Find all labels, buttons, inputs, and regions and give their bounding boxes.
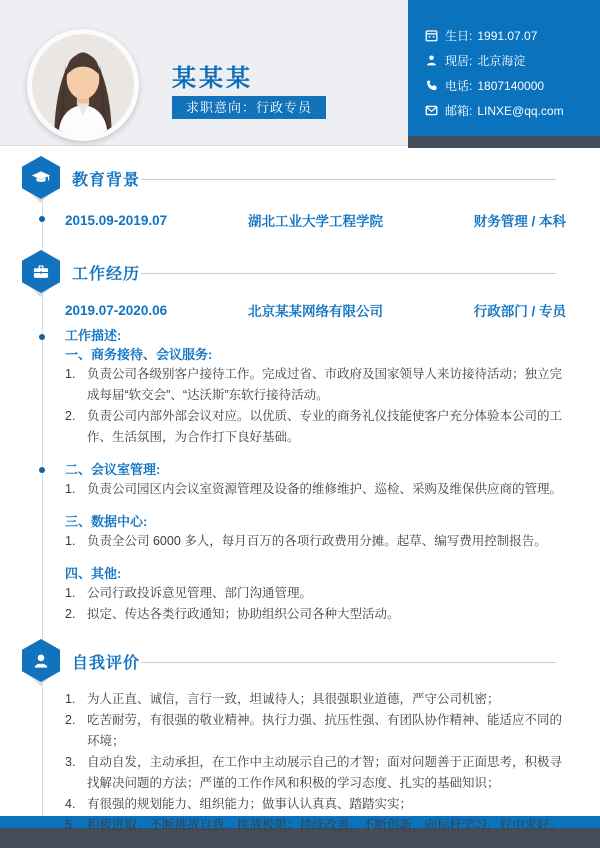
resume-page: 某某某 求职意向：行政专员 生日: 1991.07.07 现居: 北京海淀 电话…: [0, 0, 600, 848]
section-rule: [141, 273, 556, 274]
work-company: 北京某某网络有限公司: [248, 300, 383, 320]
work-item: 1. 公司行政投诉意见管理、部门沟通管理。: [65, 583, 566, 604]
work-desc-label: 工作描述:: [65, 326, 566, 345]
item-number: 2.: [65, 406, 87, 448]
education-hex-marker: [22, 156, 60, 204]
item-number: 1.: [65, 479, 87, 500]
work-period: 2019.07-2020.06: [65, 303, 248, 318]
self-eval-item: 1. 为人正直、诚信，言行一致，坦诚待人；具很强职业道德，严守公司机密；: [65, 689, 566, 710]
section-title: 教育背景: [72, 167, 140, 190]
work-item: 1. 负责全公司 6000 多人，每月百万的各项行政费用分摊。起草、编写费用控制…: [65, 531, 566, 552]
section-header-education: 教育背景: [65, 158, 566, 202]
item-number: 3.: [65, 752, 87, 794]
education-period: 2015.09-2019.07: [65, 213, 248, 228]
education-entry: 2015.09-2019.07 湖北工业大学工程学院 财务管理 / 本科: [65, 210, 566, 230]
item-number: 1.: [65, 583, 87, 604]
item-number: 1.: [65, 364, 87, 406]
item-number: 2.: [65, 710, 87, 752]
work-item: 2. 拟定、传达各类行政通知；协助组织公司各种大型活动。: [65, 604, 566, 625]
section-header-self-evaluation: 自我评价: [65, 641, 566, 685]
self-eval-hex-marker: [22, 639, 60, 687]
section-header-work: 工作经历: [65, 252, 566, 296]
resume-body: 教育背景 2015.09-2019.07 湖北工业大学工程学院 财务管理 / 本…: [0, 0, 600, 836]
timeline-dot: [39, 216, 45, 222]
timeline-dot: [39, 467, 45, 473]
item-text: 负责全公司 6000 多人，每月百万的各项行政费用分摊。起草、编写费用控制报告。: [87, 531, 566, 552]
item-text: 积极进取，不断挑战自我、挑战极限；持续改善，不断创新，向标杆学习，好中求好。: [87, 815, 566, 836]
graduation-cap-icon: [31, 168, 51, 188]
item-text: 负责公司园区内会议室资源管理及设备的维修维护、巡检、采购及维保供应商的管理。: [87, 479, 566, 500]
education-school: 湖北工业大学工程学院: [248, 210, 383, 230]
item-text: 吃苦耐劳，有很强的敬业精神。执行力强、抗压性强、有团队协作精神、能适应不同的环境…: [87, 710, 566, 752]
item-text: 负责公司内部外部会议对应。以优质、专业的商务礼仪技能使客户充分体验本公司的工作、…: [87, 406, 566, 448]
self-eval-item: 4. 有很强的规划能力、组织能力；做事认认真真、踏踏实实；: [65, 794, 566, 815]
work-group-heading: 一、商务接待、会议服务:: [65, 345, 566, 364]
item-text: 有很强的规划能力、组织能力；做事认认真真、踏踏实实；: [87, 794, 566, 815]
section-rule: [141, 662, 556, 663]
item-number: 4.: [65, 794, 87, 815]
item-text: 为人正直、诚信，言行一致，坦诚待人；具很强职业道德，严守公司机密；: [87, 689, 566, 710]
work-hex-marker: [22, 250, 60, 298]
item-number: 5.: [65, 815, 87, 836]
section-rule: [141, 179, 556, 180]
item-text: 负责公司各级别客户接待工作。完成过省、市政府及国家领导人来访接待活动；独立完成每…: [87, 364, 566, 406]
item-text: 拟定、传达各类行政通知；协助组织公司各种大型活动。: [87, 604, 566, 625]
hex-body: [22, 639, 60, 682]
work-item: 2. 负责公司内部外部会议对应。以优质、专业的商务礼仪技能使客户充分体验本公司的…: [65, 406, 566, 448]
hex-body: [22, 156, 60, 199]
timeline-dot: [39, 334, 45, 340]
section-title: 工作经历: [72, 261, 140, 284]
self-eval-item: 2. 吃苦耐劳，有很强的敬业精神。执行力强、抗压性强、有团队协作精神、能适应不同…: [65, 710, 566, 752]
briefcase-icon: [31, 262, 51, 282]
self-eval-item: 3. 自动自发，主动承担，在工作中主动展示自己的才智；面对问题善于正面思考，积极…: [65, 752, 566, 794]
person-icon: [31, 651, 51, 671]
work-item: 1. 负责公司各级别客户接待工作。完成过省、市政府及国家领导人来访接待活动；独立…: [65, 364, 566, 406]
work-group-heading: 二、会议室管理:: [65, 460, 566, 479]
work-group-heading: 三、数据中心:: [65, 512, 566, 531]
self-evaluation-list: 1. 为人正直、诚信，言行一致，坦诚待人；具很强职业道德，严守公司机密； 2. …: [65, 689, 566, 836]
work-entry: 2019.07-2020.06 北京某某网络有限公司 行政部门 / 专员: [65, 300, 566, 320]
item-text: 自动自发，主动承担，在工作中主动展示自己的才智；面对问题善于正面思考，积极寻找解…: [87, 752, 566, 794]
work-item: 1. 负责公司园区内会议室资源管理及设备的维修维护、巡检、采购及维保供应商的管理…: [65, 479, 566, 500]
work-group-heading: 四、其他:: [65, 564, 566, 583]
work-detail: 行政部门 / 专员: [383, 300, 566, 320]
item-number: 1.: [65, 689, 87, 710]
self-eval-item: 5. 积极进取，不断挑战自我、挑战极限；持续改善，不断创新，向标杆学习，好中求好…: [65, 815, 566, 836]
hex-body: [22, 250, 60, 293]
education-detail: 财务管理 / 本科: [383, 210, 566, 230]
item-number: 1.: [65, 531, 87, 552]
item-text: 公司行政投诉意见管理、部门沟通管理。: [87, 583, 566, 604]
item-number: 2.: [65, 604, 87, 625]
section-title: 自我评价: [72, 650, 140, 673]
